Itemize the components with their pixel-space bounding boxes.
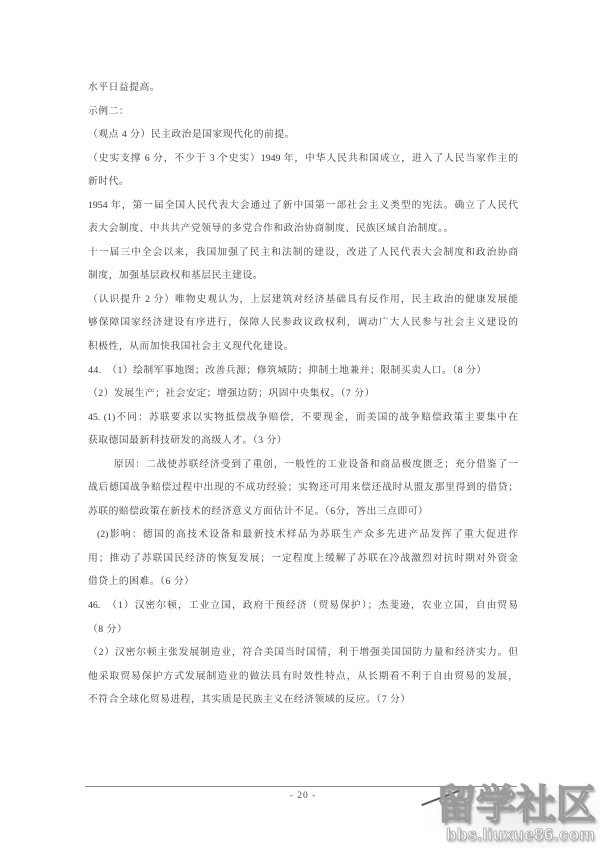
watermark: 留学社区 bbs.liuxue86.com xyxy=(428,782,600,848)
text-line: 44. （1）绘制军事地图；改善兵源；修筑城防；抑制土地兼并；限制买卖人口。（8… xyxy=(88,359,518,383)
text-line: 水平日益提高。 xyxy=(88,76,518,100)
text-line: 制度，加强基层政权和基层民主建设。 xyxy=(88,264,518,288)
text-line: 示例二： xyxy=(88,100,518,124)
text-line: （史实支撑 6 分，不少于 3 个史实）1949 年，中华人民共和国成立，进入了… xyxy=(88,147,518,171)
watermark-site-url: bbs.liuxue86.com xyxy=(446,825,595,845)
text-line: 十一届三中全会以来，我国加强了民主和法制的建设，改进了人民代表大会制度和政治协商 xyxy=(88,241,518,265)
text-line: （认识提升 2 分）唯物史观认为，上层建筑对经济基础具有反作用，民主政治的健康发… xyxy=(88,288,518,312)
text-line: （2）汉密尔顿主张发展制造业，符合美国当时国情，利于增强美国国防力量和经济实力。… xyxy=(88,641,518,665)
text-line: 新时代。 xyxy=(88,170,518,194)
document-page: 水平日益提高。 示例二： （观点 4 分）民主政治是国家现代化的前提。 （史实支… xyxy=(0,0,600,848)
text-line: 1954 年，第一届全国人民代表大会通过了新中国第一部社会主义类型的宪法。确立了… xyxy=(88,194,518,218)
document-body: 水平日益提高。 示例二： （观点 4 分）民主政治是国家现代化的前提。 （史实支… xyxy=(88,76,518,712)
text-line: 积极性，从而加快我国社会主义现代化建设。 xyxy=(88,335,518,359)
text-line: 45. (1)不同：苏联要求以实物抵偿战争赔偿，不要现金，而美国的战争赔偿政策主… xyxy=(88,406,518,430)
text-line: 不符合全球化贸易进程，其实质是民族主义在经济领域的反应。（7 分） xyxy=(88,688,518,712)
text-line: 用；推动了苏联国民经济的恢复发展；一定程度上缓解了苏联在冷战激烈对抗时期对外资金 xyxy=(88,547,518,571)
text-line: （8 分） xyxy=(88,618,518,642)
text-line: (2)影响：德国的高技术设备和最新技术样品为苏联生产众多先进产品发挥了重大促进作 xyxy=(88,523,518,547)
text-line: （2）发展生产；社会安定；增强边防；巩固中央集权。（7 分） xyxy=(88,382,518,406)
text-line: 苏联的赔偿政策在新技术的经济意义方面估计不足。（6分，答出三点即可） xyxy=(88,500,518,524)
watermark-title: 留学社区 xyxy=(436,784,596,826)
text-line: 战后德国战争赔偿过程中出现的不成功经验；实物还可用来偿还战时从盟友那里得到的借贷… xyxy=(88,476,518,500)
text-line: 表大会制度、中共共产党领导的多党合作和政治协商制度、民族区域自治制度。。 xyxy=(88,217,518,241)
text-line: 他采取贸易保护方式发展制造业的做法具有时效性特点，从长期看不利于自由贸易的发展， xyxy=(88,665,518,689)
text-line: 获取德国最新科技研发的高级人才。（3 分） xyxy=(88,429,518,453)
text-line: 原因：二战使苏联经济受到了重创，一般性的工业设备和商品极度匮乏；充分借鉴了一 xyxy=(88,453,518,477)
text-line: 46. （1）汉密尔顿，工业立国，政府干预经济（贸易保护）；杰斐逊，农业立国，自… xyxy=(88,594,518,618)
text-line: （观点 4 分）民主政治是国家现代化的前提。 xyxy=(88,123,518,147)
text-line: 借贷上的困难。（6 分） xyxy=(88,570,518,594)
text-line: 够保障国家经济建设有序进行，保障人民参政议政权利，调动广大人民参与社会主义建设的 xyxy=(88,311,518,335)
